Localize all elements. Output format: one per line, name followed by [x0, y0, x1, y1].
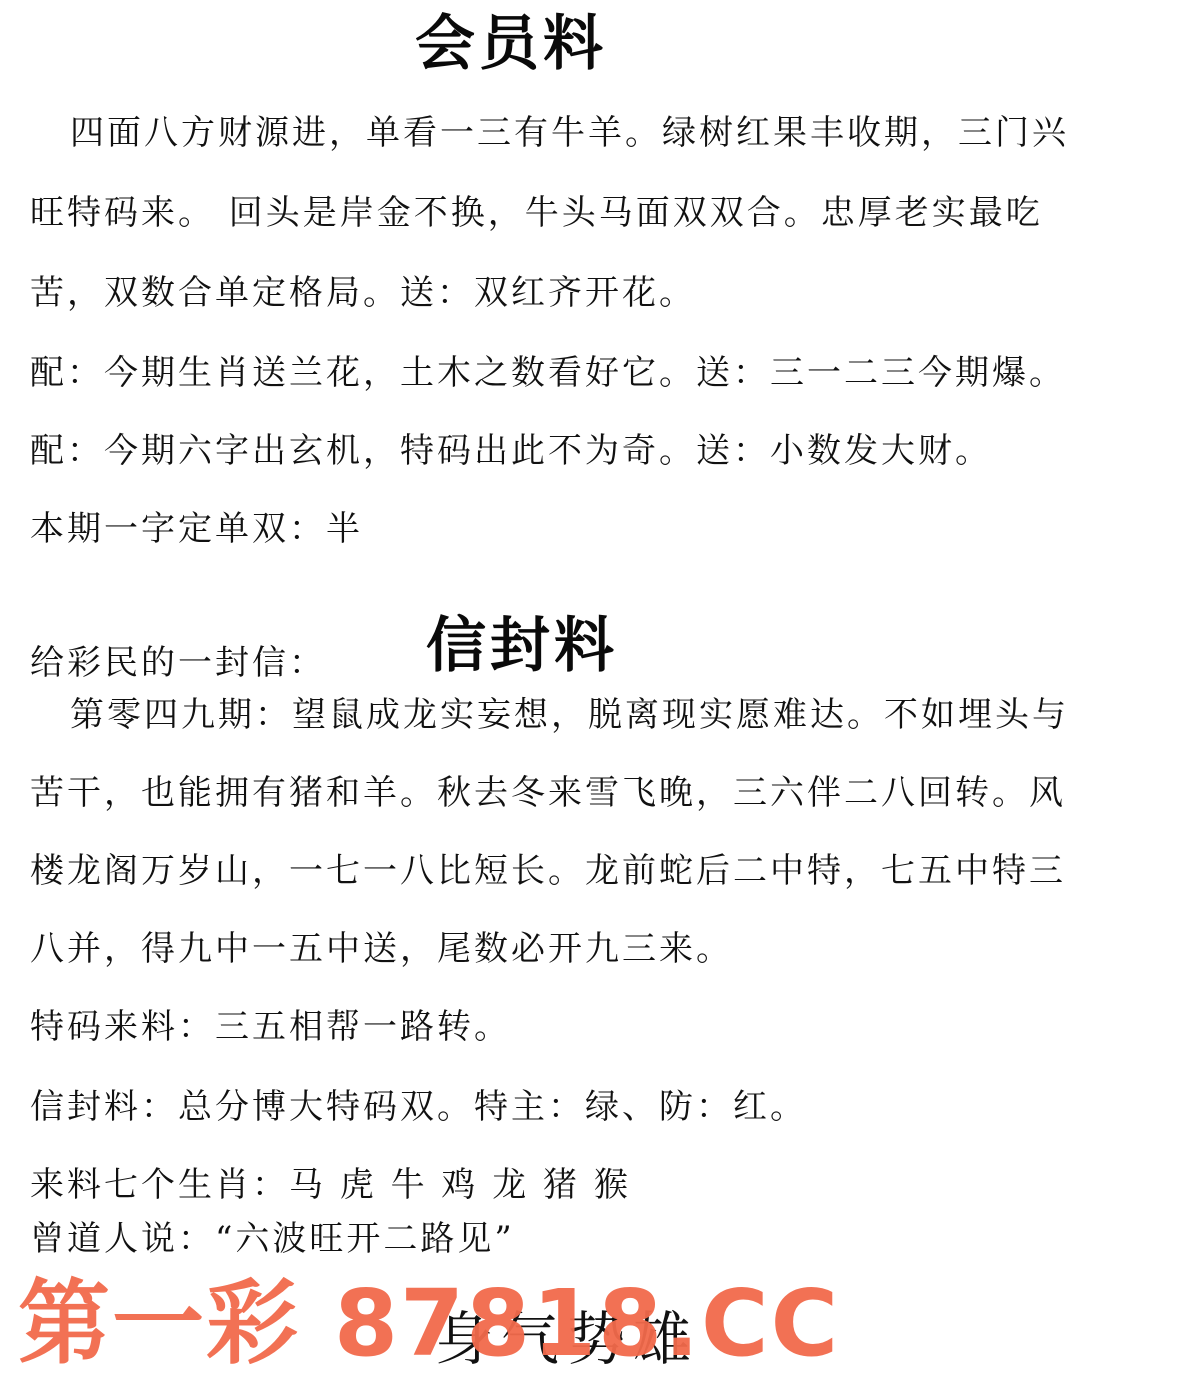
envelope-paragraph-line-4: 八并，得九中一五中送，尾数必开九三来。	[30, 932, 733, 966]
member-paragraph-line-1: 四面八方财源进，单看一三有牛羊。绿树红果丰收期，三门兴	[70, 116, 1069, 150]
site-watermark: 第一彩 87818.CC	[18, 1278, 840, 1370]
special-code-line: 特码来料：三五相帮一路转。	[30, 1010, 511, 1044]
envelope-material-line: 信封料：总分博大特码双。特主：绿、防：红。	[30, 1090, 807, 1124]
quote-line: 曾道人说：“六波旺开二路见”	[30, 1222, 515, 1256]
zodiac-line: 来料七个生肖：马 虎 牛 鸡 龙 猪 猴	[30, 1168, 631, 1202]
envelope-paragraph-line-1: 第零四九期：望鼠成龙实妄想，脱离现实愿难达。不如埋头与	[70, 698, 1069, 732]
member-extra-line-1: 配：今期生肖送兰花，土木之数看好它。送：三一二三今期爆。	[30, 356, 1066, 390]
envelope-letter-label: 给彩民的一封信：	[30, 617, 326, 684]
member-paragraph-line-2: 旺特码来。 回头是岸金不换，牛头马面双双合。忠厚老实最吃	[30, 196, 1043, 230]
member-extra-line-3: 本期一字定单双：半	[30, 512, 363, 546]
envelope-paragraph-line-3: 楼龙阁万岁山，一七一八比短长。龙前蛇后二中特，七五中特三	[30, 854, 1066, 888]
member-paragraph-line-3: 苦，双数合单定格局。送：双红齐开花。	[30, 276, 696, 310]
member-extra-line-2: 配：今期六字出玄机，特码出此不为奇。送：小数发大财。	[30, 434, 992, 468]
member-section-title: 会员料	[415, 14, 607, 74]
envelope-section-title: 信封料	[426, 598, 618, 684]
envelope-heading-row: 给彩民的一封信：信封料	[30, 598, 618, 684]
envelope-paragraph-line-2: 苦干，也能拥有猪和羊。秋去冬来雪飞晚，三六伴二八回转。风	[30, 776, 1066, 810]
